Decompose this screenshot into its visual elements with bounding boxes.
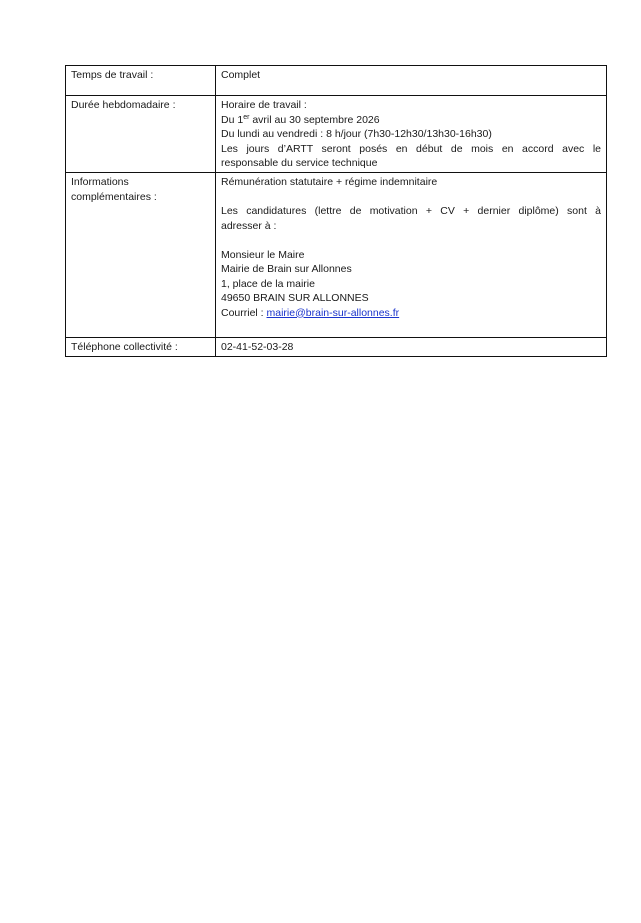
application-instructions-cont: adresser à : <box>221 219 601 234</box>
spacer <box>221 233 601 248</box>
schedule-period: Du 1er avril au 30 septembre 2026 <box>221 113 601 128</box>
document-page: Temps de travail : Complet Durée hebdoma… <box>0 0 641 923</box>
row-value: 02-41-52-03-28 <box>216 338 607 357</box>
row-value: Complet <box>216 66 607 96</box>
job-info-table: Temps de travail : Complet Durée hebdoma… <box>65 65 607 357</box>
artt-note: Les jours d’ARTT seront posés en début d… <box>221 142 601 157</box>
address-organization: Mairie de Brain sur Allonnes <box>221 262 601 277</box>
row-label: Informations complémentaires : <box>66 173 216 338</box>
table-row-temps-de-travail: Temps de travail : Complet <box>66 66 607 96</box>
row-value: Rémunération statutaire + régime indemni… <box>216 173 607 338</box>
email-link[interactable]: mairie@brain-sur-allonnes.fr <box>267 307 400 319</box>
row-label: Temps de travail : <box>66 66 216 96</box>
table-row-informations: Informations complémentaires : Rémunérat… <box>66 173 607 338</box>
period-prefix: Du 1 <box>221 114 243 126</box>
address-recipient: Monsieur le Maire <box>221 248 601 263</box>
application-instructions: Les candidatures (lettre de motivation +… <box>221 204 601 219</box>
email-line: Courriel : mairie@brain-sur-allonnes.fr <box>221 306 601 321</box>
row-label: Téléphone collectivité : <box>66 338 216 357</box>
email-label: Courriel : <box>221 307 267 319</box>
label-line-1: Informations <box>71 175 210 190</box>
period-suffix: avril au 30 septembre 2026 <box>249 114 379 126</box>
artt-note-cont: responsable du service technique <box>221 156 601 171</box>
table-row-telephone: Téléphone collectivité : 02-41-52-03-28 <box>66 338 607 357</box>
address-city: 49650 BRAIN SUR ALLONNES <box>221 291 601 306</box>
table-row-duree-hebdomadaire: Durée hebdomadaire : Horaire de travail … <box>66 96 607 173</box>
label-line-2: complémentaires : <box>71 190 210 205</box>
schedule-heading: Horaire de travail : <box>221 98 601 113</box>
remuneration: Rémunération statutaire + régime indemni… <box>221 175 601 190</box>
schedule-hours: Du lundi au vendredi : 8 h/jour (7h30-12… <box>221 127 601 142</box>
row-value: Horaire de travail : Du 1er avril au 30 … <box>216 96 607 173</box>
address-street: 1, place de la mairie <box>221 277 601 292</box>
spacer <box>221 190 601 205</box>
row-label: Durée hebdomadaire : <box>66 96 216 173</box>
